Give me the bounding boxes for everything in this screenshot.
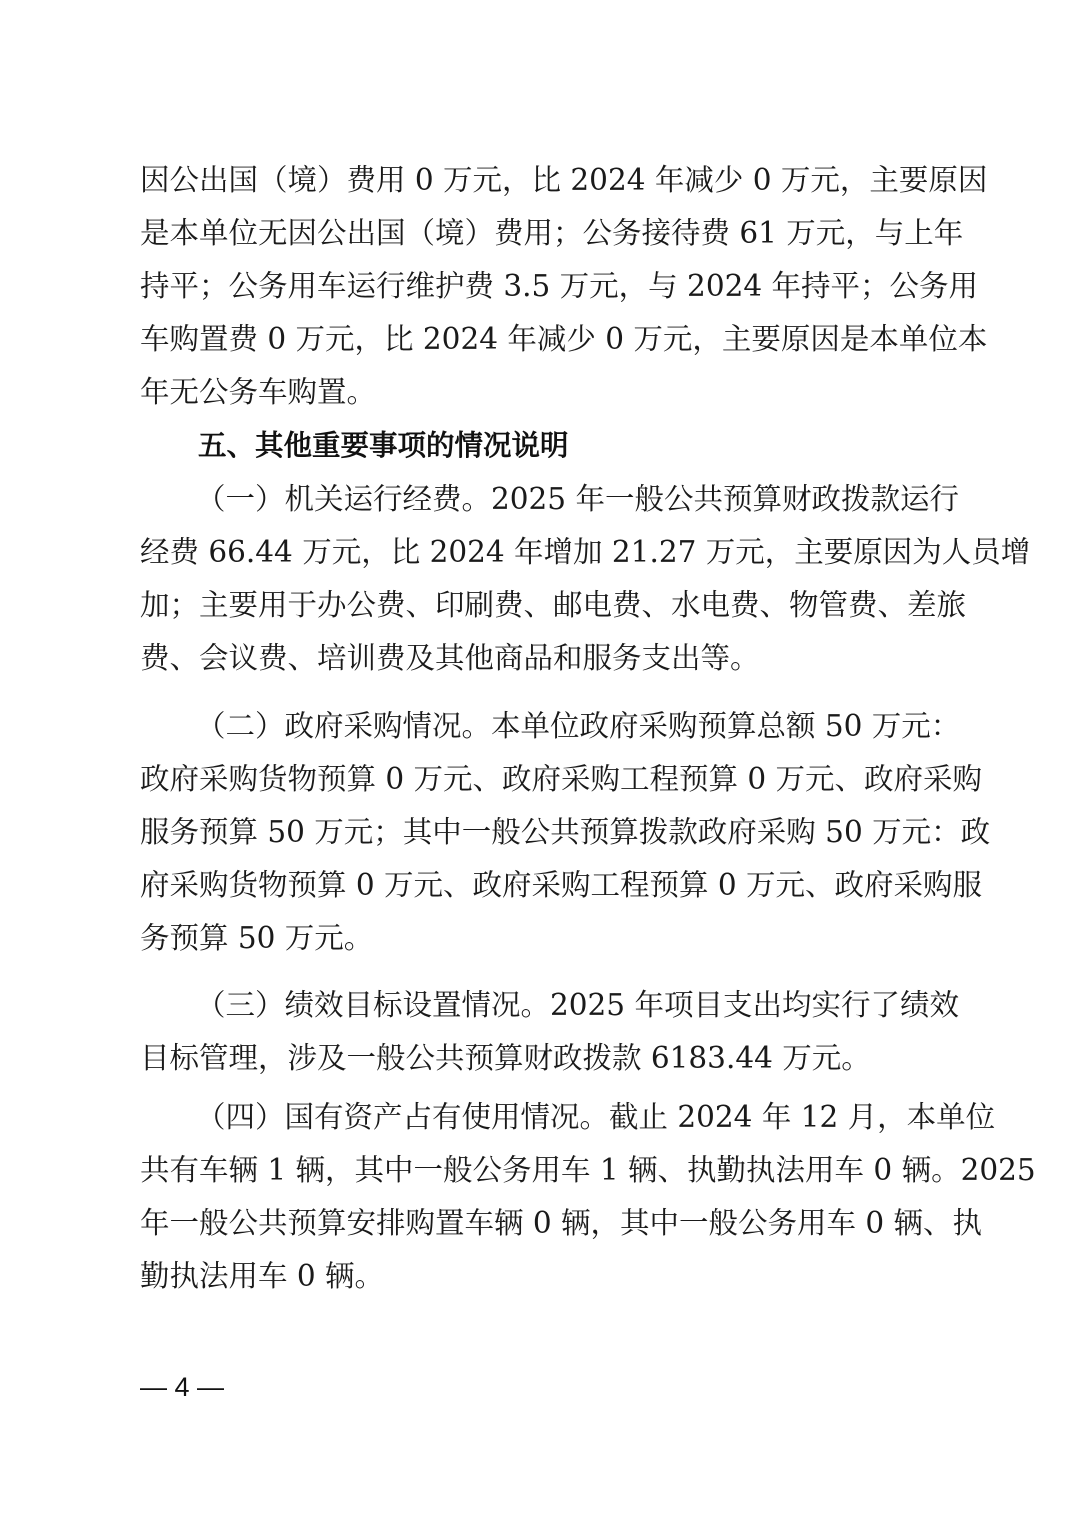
subsection-1-line: 经费 66.44 万元，比 2024 年增加 21.27 万元，主要原因为人员增 xyxy=(140,532,940,572)
paragraph-line: 车购置费 0 万元，比 2024 年减少 0 万元，主要原因是本单位本 xyxy=(140,319,940,359)
subsection-4-line: 共有车辆 1 辆，其中一般公务用车 1 辆、执勤执法用车 0 辆。2025 xyxy=(140,1150,940,1190)
paragraph-line: 因公出国（境）费用 0 万元，比 2024 年减少 0 万元，主要原因 xyxy=(140,160,940,200)
subsection-1-line: （一）机关运行经费。2025 年一般公共预算财政拨款运行 xyxy=(196,479,940,519)
subsection-1-line: 费、会议费、培训费及其他商品和服务支出等。 xyxy=(140,638,940,678)
subsection-4-line: 年一般公共预算安排购置车辆 0 辆，其中一般公务用车 0 辆、执 xyxy=(140,1203,940,1243)
paragraph-line: 持平；公务用车运行维护费 3.5 万元，与 2024 年持平；公务用 xyxy=(140,266,940,306)
subsection-3-line: （三）绩效目标设置情况。2025 年项目支出均实行了绩效 xyxy=(196,985,940,1025)
subsection-3-line: 目标管理，涉及一般公共预算财政拨款 6183.44 万元。 xyxy=(140,1038,940,1078)
subsection-4-line: 勤执法用车 0 辆。 xyxy=(140,1256,940,1296)
subsection-2-line: 府采购货物预算 0 万元、政府采购工程预算 0 万元、政府采购服 xyxy=(140,865,940,905)
paragraph-line: 是本单位无因公出国（境）费用；公务接待费 61 万元，与上年 xyxy=(140,213,940,253)
section-heading: 五、其他重要事项的情况说明 xyxy=(198,426,569,466)
subsection-4-line: （四）国有资产占有使用情况。截止 2024 年 12 月，本单位 xyxy=(196,1097,940,1137)
document-page: 因公出国（境）费用 0 万元，比 2024 年减少 0 万元，主要原因 是本单位… xyxy=(0,0,1074,1520)
subsection-2-line: 服务预算 50 万元；其中一般公共预算拨款政府采购 50 万元：政 xyxy=(140,812,940,852)
page-number: — 4 — xyxy=(140,1370,224,1404)
paragraph-line: 年无公务车购置。 xyxy=(140,372,940,412)
subsection-2-line: 务预算 50 万元。 xyxy=(140,918,940,958)
subsection-2-line: 政府采购货物预算 0 万元、政府采购工程预算 0 万元、政府采购 xyxy=(140,759,940,799)
subsection-2-line: （二）政府采购情况。本单位政府采购预算总额 50 万元： xyxy=(196,706,940,746)
subsection-1-line: 加；主要用于办公费、印刷费、邮电费、水电费、物管费、差旅 xyxy=(140,585,940,625)
